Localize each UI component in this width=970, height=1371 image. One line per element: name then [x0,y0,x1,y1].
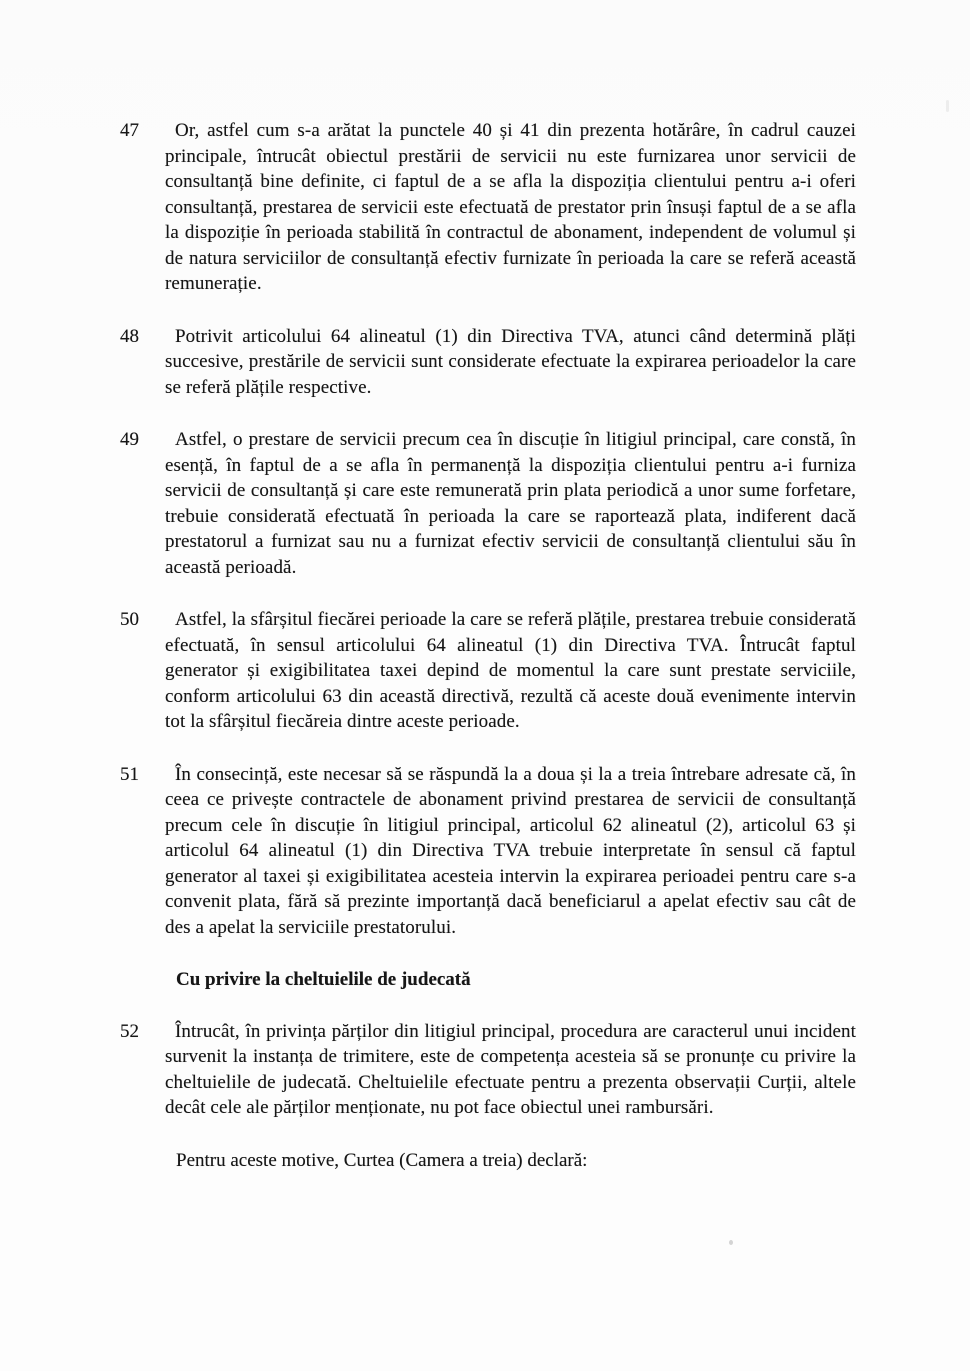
paragraph-number: 48 [120,324,165,401]
judgment-paragraph-47: 47 Or, astfel cum s-a arătat la punctele… [120,118,856,297]
document-page: 47 Or, astfel cum s-a arătat la punctele… [0,0,970,1371]
paragraph-text: Astfel, o prestare de servicii precum ce… [165,427,856,580]
paragraph-text: În consecință, este necesar să se răspun… [165,762,856,941]
paragraph-number: 47 [120,118,165,297]
scan-artifact [946,100,949,112]
section-heading-costs: Cu privire la cheltuielile de judecată [176,967,856,993]
paragraph-number: 49 [120,427,165,580]
paragraph-text: Or, astfel cum s-a arătat la punctele 40… [165,118,856,297]
paragraph-text: Întrucât, în privința părților din litig… [165,1019,856,1121]
scan-artifact [729,1240,733,1245]
judgment-paragraph-48: 48 Potrivit articolului 64 alineatul (1)… [120,324,856,401]
paragraph-number: 51 [120,762,165,941]
judgment-paragraph-52: 52 Întrucât, în privința părților din li… [120,1019,856,1121]
judgment-paragraph-49: 49 Astfel, o prestare de servicii precum… [120,427,856,580]
paragraph-text: Potrivit articolului 64 alineatul (1) di… [165,324,856,401]
judgment-paragraph-51: 51 În consecință, este necesar să se răs… [120,762,856,941]
judgment-paragraph-50: 50 Astfel, la sfârșitul fiecărei perioad… [120,607,856,735]
paragraph-text: Astfel, la sfârșitul fiecărei perioade l… [165,607,856,735]
paragraph-number: 52 [120,1019,165,1121]
paragraph-number: 50 [120,607,165,735]
operative-part-intro-line: Pentru aceste motive, Curtea (Camera a t… [176,1148,856,1174]
